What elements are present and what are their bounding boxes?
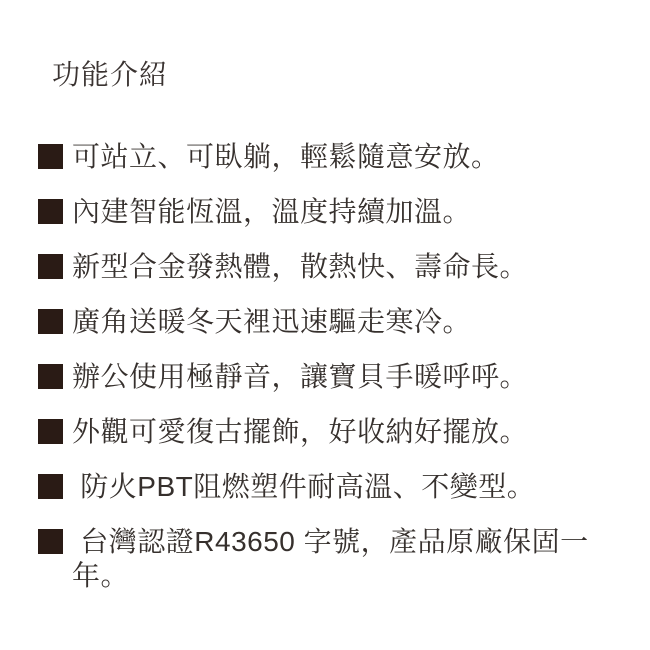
bullet-square-icon bbox=[38, 364, 63, 389]
feature-text: 新型合金發熱體，散熱快、壽命長。 bbox=[72, 250, 528, 284]
list-item: 外觀可愛復古擺飾，好收納好擺放。 bbox=[38, 415, 630, 449]
list-item: 可站立、可臥躺，輕鬆隨意安放。 bbox=[38, 140, 630, 174]
list-item: 內建智能恆溫，溫度持續加溫。 bbox=[38, 195, 630, 229]
feature-text: 辦公使用極靜音，讓寶貝手暖呼呼。 bbox=[72, 360, 528, 394]
list-item: 新型合金發熱體，散熱快、壽命長。 bbox=[38, 250, 630, 284]
bullet-square-icon bbox=[38, 309, 63, 334]
list-item: 辦公使用極靜音，讓寶貝手暖呼呼。 bbox=[38, 360, 630, 394]
bullet-square-icon bbox=[38, 254, 63, 279]
feature-text: 內建智能恆溫，溫度持續加溫。 bbox=[72, 195, 471, 229]
list-item: 台灣認證R43650 字號，產品原廠保固一年。 bbox=[38, 525, 630, 593]
feature-text: 可站立、可臥躺，輕鬆隨意安放。 bbox=[72, 140, 500, 174]
feature-text: 台灣認證R43650 字號，產品原廠保固一年。 bbox=[72, 525, 630, 593]
list-item: 廣角送暖冬天裡迅速驅走寒冷。 bbox=[38, 305, 630, 339]
page-title: 功能介紹 bbox=[52, 58, 630, 92]
bullet-square-icon bbox=[38, 419, 63, 444]
feature-list: 可站立、可臥躺，輕鬆隨意安放。 內建智能恆溫，溫度持續加溫。 新型合金發熱體，散… bbox=[38, 140, 630, 593]
bullet-square-icon bbox=[38, 199, 63, 224]
feature-intro-panel: 功能介紹 可站立、可臥躺，輕鬆隨意安放。 內建智能恆溫，溫度持續加溫。 新型合金… bbox=[0, 0, 650, 650]
bullet-square-icon bbox=[38, 529, 63, 554]
feature-text: 外觀可愛復古擺飾，好收納好擺放。 bbox=[72, 415, 528, 449]
bullet-square-icon bbox=[38, 144, 63, 169]
feature-text: 防火PBT阻燃塑件耐高溫、不變型。 bbox=[72, 470, 535, 504]
feature-text: 廣角送暖冬天裡迅速驅走寒冷。 bbox=[72, 305, 471, 339]
bullet-square-icon bbox=[38, 474, 63, 499]
list-item: 防火PBT阻燃塑件耐高溫、不變型。 bbox=[38, 470, 630, 504]
